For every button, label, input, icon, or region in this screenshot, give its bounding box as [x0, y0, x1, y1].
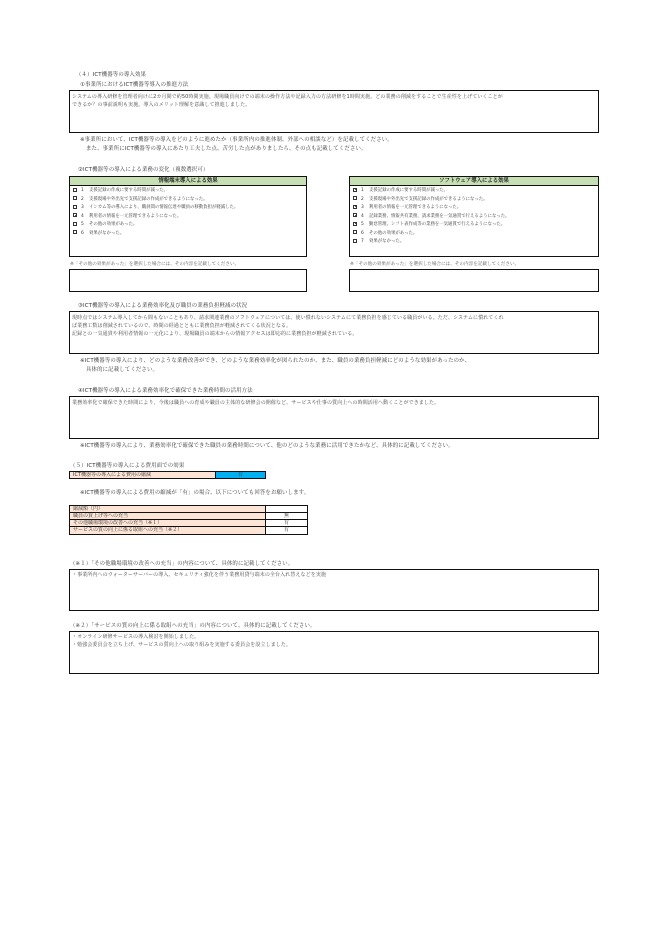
checkbox-unchecked-icon[interactable] [73, 188, 77, 192]
effect-option[interactable]: 5その他の効果があった。 [70, 221, 306, 230]
option-label: 支援現場や外出先で支援記録の作成ができるようになった。 [369, 197, 488, 202]
software-effects-header: ソフトウェア導入による効果 [350, 177, 598, 186]
cost-breakdown-table: 縮減額（円）職員の賃上げ等への充当無その他職場環境の改善への充当（※１）有サービ… [69, 505, 308, 534]
option-number: 5 [361, 221, 369, 230]
option-label: インカム等の導入により、職員間の情報伝達や職員の移動負担が軽減した。 [89, 205, 238, 210]
checkbox-checked-icon[interactable] [73, 213, 77, 217]
software-other-input[interactable] [349, 269, 599, 292]
q3-note: 具体的に記載してください。 [86, 366, 158, 374]
option-label: その他の効果があった。 [369, 231, 417, 236]
option-label: 記録業務、情報共有業務、請求業務を一気通貫で行えるようになった。 [369, 214, 510, 219]
note1-answer-box[interactable]: ・事業所内へのウォーターサーバーの導入、セキュリティ強化を伴う業務用貸与端末の全… [69, 569, 599, 611]
q3-answer-box[interactable]: 現時点ではシステム導入してから間もないこともあり、請求関連業務のソフトウェアにつ… [69, 311, 599, 354]
effect-option[interactable]: 7効果がなかった。 [350, 238, 598, 247]
effect-option[interactable]: 1支援記録の作成に要する時間が減った。 [70, 187, 306, 196]
terminal-effects-panel: 情報端末導入による効果 1支援記録の作成に要する時間が減った。2支援現場や外出先… [69, 176, 307, 257]
option-number: 4 [361, 213, 369, 222]
option-number: 1 [81, 187, 89, 196]
option-label: 利用者の情報を一元管理できるようになった。 [369, 205, 461, 210]
cost-table-value[interactable]: 有 [266, 526, 308, 535]
effect-option[interactable]: 6効果がなかった。 [70, 230, 306, 239]
checkbox-unchecked-icon[interactable] [353, 196, 357, 200]
effect-option[interactable]: 1支援記録の作成に要する時間が減った。 [350, 187, 598, 196]
q2-title: ②ICT機器等の導入による業務の変化（複数選択可） [78, 166, 208, 174]
effect-option[interactable]: 2支援現場や外出先で支援記録の作成ができるようになった。 [350, 196, 598, 205]
effect-option[interactable]: 4利用者の情報を一元管理できるようになった。 [70, 213, 306, 222]
q1-note: ※事業所において、ICT機器等の導入をどのように進めたか（事業所内の推進体制、外… [80, 136, 393, 144]
option-label: 支援現場や外出先で支援記録の作成ができるようになった。 [89, 197, 208, 202]
option-number: 3 [361, 204, 369, 213]
section5-note: ※ICT機器等の導入による費用の縮減が「有」の場合、以下についても回答をお願いし… [80, 489, 309, 497]
effect-option[interactable]: 2支援現場や外出先で支援記録の作成ができるようになった。 [70, 196, 306, 205]
terminal-effects-header: 情報端末導入による効果 [70, 177, 306, 186]
cost-table-row: サービスの質の向上に係る取組への充当（※２）有 [69, 526, 308, 534]
note2-title: （※２）「サービスの質の向上に係る取組への充当」の内容について、具体的に記載して… [70, 622, 316, 630]
checkbox-unchecked-icon[interactable] [73, 222, 77, 226]
effect-option[interactable]: 3利用者の情報を一元管理できるようになった。 [350, 204, 598, 213]
software-effects-panel: ソフトウェア導入による効果 1支援記録の作成に要する時間が減った。2支援現場や外… [349, 176, 599, 257]
checkbox-checked-icon[interactable] [353, 188, 357, 192]
option-number: 7 [361, 238, 369, 247]
q3-answer-line: 記録との一気通貫や利用者情報の一元化により、現場職員の端末からの情報アクセスは即… [70, 330, 598, 338]
section5-title: （５）ICT機器等の導入による費用面での効果 [70, 462, 184, 470]
option-number: 6 [81, 230, 89, 239]
option-label: 支援記録の作成に要する時間が減った。 [89, 188, 168, 193]
q3-answer-line: 現時点ではシステム導入してから間もないこともあり、請求関連業務のソフトウェアにつ… [70, 314, 598, 322]
checkbox-checked-icon[interactable] [353, 213, 357, 217]
q1-answer-line: システムの導入研修を管理者向けに2カ月間で約50時間実施。現場職員向けでの端末の… [70, 93, 598, 101]
option-number: 1 [361, 187, 369, 196]
q4-note: ※ICT機器等の導入により、業務効率化で確保できた職員の業務時間について、他のど… [80, 442, 454, 450]
q4-answer-box[interactable]: 業務効率化で確保できた時間により、今後は職員への育成や職員の主体的な研修会の開催… [69, 396, 599, 439]
effect-option[interactable]: 3インカム等の導入により、職員間の情報伝達や職員の移動負担が軽減した。 [70, 204, 306, 213]
checkbox-unchecked-icon[interactable] [353, 239, 357, 243]
option-label: 勤怠管理、シフト表作成等の業務を一気通貫で行えるようになった。 [369, 222, 505, 227]
effect-option[interactable]: 6その他の効果があった。 [350, 230, 598, 239]
terminal-other-input[interactable] [69, 269, 307, 292]
option-label: 効果がなかった。 [89, 231, 124, 236]
checkbox-unchecked-icon[interactable] [73, 196, 77, 200]
option-label: 支援記録の作成に要する時間が減った。 [369, 188, 448, 193]
note1-title: （※１）「その他職場環境の改善への充当」の内容について、具体的に記載してください… [70, 560, 293, 568]
software-other-note: ※「その他の効果があった」を選択した場合には、その内容を記載してください。 [350, 261, 519, 268]
note2-answer-line: ・勉強会委員会を立ち上げ、サービスの質向上への取り組みを実施する委員会を設立しま… [70, 641, 598, 649]
cost-table-label: サービスの質の向上に係る取組への充当（※２） [69, 526, 266, 535]
section4-title: （４）ICT機器等の導入効果 [76, 71, 146, 79]
effect-option[interactable]: 5勤怠管理、シフト表作成等の業務を一気通貫で行えるようになった。 [350, 221, 598, 230]
note2-answer-line: ・オンライン研修サービスの導入検討を開始しました。 [70, 633, 598, 641]
option-label: 利用者の情報を一元管理できるようになった。 [89, 214, 181, 219]
q1-title: ①事業所におけるICT機器等導入の推進方法 [80, 81, 188, 89]
cost-reduction-label: ICT機器等の導入による費用の縮減 [69, 471, 216, 479]
q3-title: ③ICT機器等の導入による業務効率化及び職員の業務負担軽減の状況 [78, 302, 247, 310]
option-number: 3 [81, 204, 89, 213]
q4-title: ④ICT機器等の導入による業務効率化で確保できた業務時間の活用方法 [78, 387, 253, 395]
q1-answer-box[interactable]: システムの導入研修を管理者向けに2カ月間で約50時間実施。現場職員向けでの端末の… [69, 90, 599, 133]
option-number: 5 [81, 221, 89, 230]
option-number: 2 [361, 196, 369, 205]
option-label: 効果がなかった。 [369, 239, 404, 244]
effect-option[interactable]: 4記録業務、情報共有業務、請求業務を一気通貫で行えるようになった。 [350, 213, 598, 222]
cost-reduction-row: ICT機器等の導入による費用の縮減 有 [69, 471, 266, 479]
note2-answer-box[interactable]: ・オンライン研修サービスの導入検討を開始しました。 ・勉強会委員会を立ち上げ、サ… [69, 631, 599, 674]
q3-answer-line: ば業務工数は削減されているので、時間の経過とともに業務負担が軽減されてくる状況と… [70, 322, 598, 330]
option-number: 6 [361, 230, 369, 239]
checkbox-checked-icon[interactable] [353, 205, 357, 209]
q1-note: また、事業所にICT機器等の導入にあたり工夫した点、苦労した点がありましたら、そ… [86, 145, 367, 153]
option-label: その他の効果があった。 [89, 222, 137, 227]
checkbox-unchecked-icon[interactable] [73, 205, 77, 209]
checkbox-unchecked-icon[interactable] [73, 230, 77, 234]
q3-note: ※ICT機器等の導入により、どのような業務改善ができ、どのような業務効率化が図ら… [80, 357, 470, 365]
checkbox-checked-icon[interactable] [353, 222, 357, 226]
cost-reduction-select[interactable]: 有 [216, 471, 266, 479]
q4-answer-line: 業務効率化で確保できた時間により、今後は職員への育成や職員の主体的な研修会の開催… [70, 399, 598, 407]
option-number: 4 [81, 213, 89, 222]
checkbox-unchecked-icon[interactable] [353, 230, 357, 234]
note1-answer-line: ・事業所内へのウォーターサーバーの導入、セキュリティ強化を伴う業務用貸与端末の全… [70, 571, 598, 579]
option-number: 2 [81, 196, 89, 205]
q1-answer-line: できるか？の事前説明も実施。導入のメリット理解を意識して推進しました。 [70, 101, 598, 109]
terminal-other-note: ※「その他の効果があった」を選択した場合には、その内容を記載してください。 [70, 261, 239, 268]
